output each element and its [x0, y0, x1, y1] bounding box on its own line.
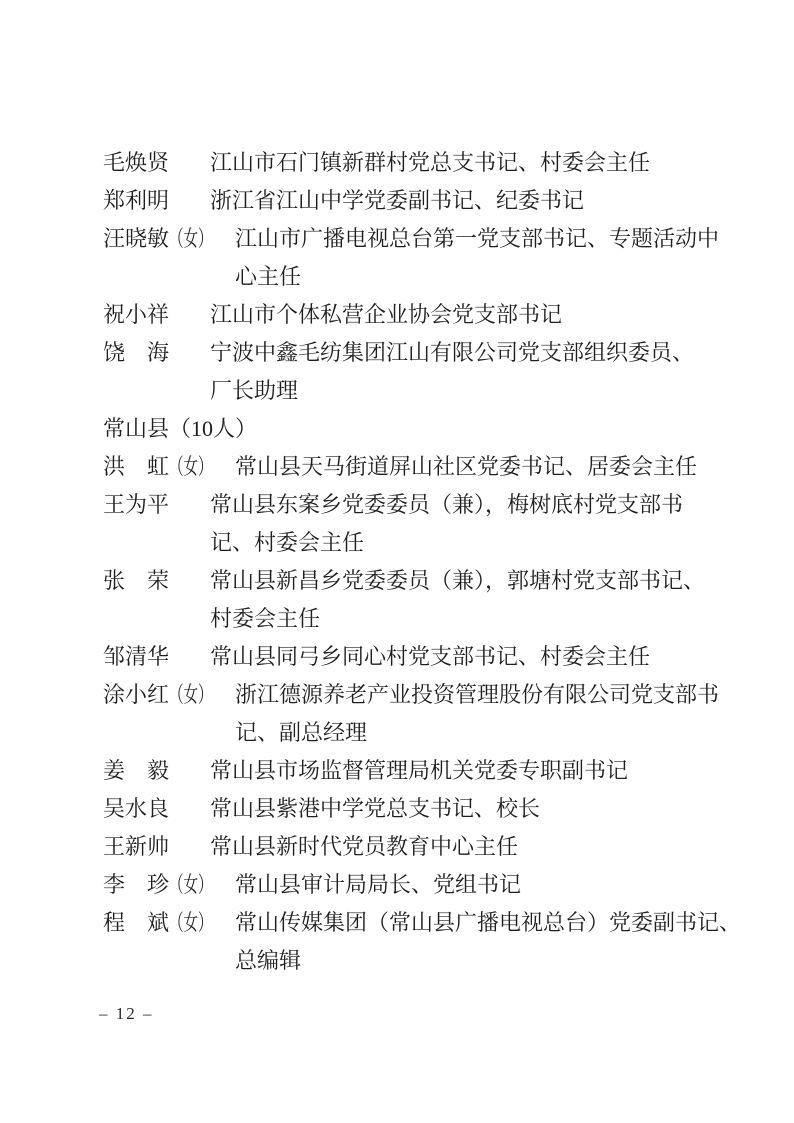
entry-position: 浙江德源养老产业投资管理股份有限公司党支部书 记、副总经理: [235, 676, 743, 752]
roster-entry: 饶 海 宁波中鑫毛纺集团江山有限公司党支部组织委员、 厂长助理: [103, 334, 743, 410]
roster-entry: 涂小红（女） 浙江德源养老产业投资管理股份有限公司党支部书 记、副总经理: [103, 676, 743, 752]
entry-name-text: 毛焕贤: [103, 150, 169, 175]
section-header-changshan: 常山县（10人）: [103, 410, 743, 448]
entry-name: 王新帅: [103, 828, 210, 866]
entry-position: 常山县新昌乡党委委员（兼），郭塘村党支部书记、 村委会主任: [210, 562, 743, 638]
entry-position: 常山县天马街道屏山社区党委书记、居委会主任: [235, 448, 743, 486]
roster-entry: 吴水良 常山县紫港中学党总支书记、校长: [103, 790, 743, 828]
entry-position: 常山县市场监督管理局机关党委专职副书记: [210, 752, 743, 790]
entry-position: 宁波中鑫毛纺集团江山有限公司党支部组织委员、 厂长助理: [210, 334, 743, 410]
entry-name: 姜 毅: [103, 752, 210, 790]
entry-name: 邹清华: [103, 638, 210, 676]
entry-name-text: 王新帅: [103, 834, 169, 859]
entry-position: 江山市石门镇新群村党总支书记、村委会主任: [210, 144, 743, 182]
entry-gender-suffix: （女）: [169, 448, 213, 486]
entry-gender-suffix: （女）: [169, 676, 213, 714]
entry-name: 毛焕贤: [103, 144, 210, 182]
roster-entry: 张 荣 常山县新昌乡党委委员（兼），郭塘村党支部书记、 村委会主任: [103, 562, 743, 638]
entry-name: 汪晓敏（女）: [103, 220, 235, 258]
entry-position: 江山市个体私营企业协会党支部书记: [210, 296, 743, 334]
entry-name: 王为平: [103, 486, 210, 524]
roster-entry: 程 斌（女） 常山传媒集团（常山县广播电视总台）党委副书记、 总编辑: [103, 904, 743, 980]
entry-name-text: 张 荣: [103, 568, 169, 593]
entry-name-text: 吴水良: [103, 796, 169, 821]
entry-position: 常山县审计局局长、党组书记: [235, 866, 743, 904]
entry-name-text: 邹清华: [103, 644, 169, 669]
roster-entry: 李 珍（女） 常山县审计局局长、党组书记: [103, 866, 743, 904]
entry-name-text: 涂小红: [103, 682, 169, 707]
entry-name-text: 郑利明: [103, 188, 169, 213]
entry-name: 张 荣: [103, 562, 210, 600]
roster-entry: 洪 虹（女） 常山县天马街道屏山社区党委书记、居委会主任: [103, 448, 743, 486]
entry-position: 常山县新时代党员教育中心主任: [210, 828, 743, 866]
entry-position: 常山县紫港中学党总支书记、校长: [210, 790, 743, 828]
entry-name-text: 姜 毅: [103, 758, 169, 783]
entry-name-text: 程 斌: [103, 910, 169, 935]
roster-entry: 毛焕贤 江山市石门镇新群村党总支书记、村委会主任: [103, 144, 743, 182]
page-number: – 12 –: [99, 1003, 154, 1025]
entry-name-text: 祝小祥: [103, 302, 169, 327]
entry-position: 常山县同弓乡同心村党支部书记、村委会主任: [210, 638, 743, 676]
entry-name-text: 饶 海: [103, 340, 169, 365]
document-page: 毛焕贤 江山市石门镇新群村党总支书记、村委会主任 郑利明 浙江省江山中学党委副书…: [0, 0, 794, 1123]
entry-position: 浙江省江山中学党委副书记、纪委书记: [210, 182, 743, 220]
roster-entry: 汪晓敏（女） 江山市广播电视总台第一党支部书记、专题活动中 心主任: [103, 220, 743, 296]
entry-name-text: 汪晓敏: [103, 226, 169, 251]
roster-entry: 郑利明 浙江省江山中学党委副书记、纪委书记: [103, 182, 743, 220]
roster-entry: 祝小祥 江山市个体私营企业协会党支部书记: [103, 296, 743, 334]
entry-gender-suffix: （女）: [169, 904, 213, 942]
entry-name: 李 珍（女）: [103, 866, 235, 904]
entry-name-text: 李 珍: [103, 872, 169, 897]
entry-gender-suffix: （女）: [169, 866, 213, 904]
entry-name: 郑利明: [103, 182, 210, 220]
roster-entry: 王为平 常山县东案乡党委委员（兼），梅树底村党支部书 记、村委会主任: [103, 486, 743, 562]
entry-name-text: 王为平: [103, 492, 169, 517]
entry-position: 常山县东案乡党委委员（兼），梅树底村党支部书 记、村委会主任: [210, 486, 743, 562]
entry-position: 江山市广播电视总台第一党支部书记、专题活动中 心主任: [235, 220, 743, 296]
entry-position: 常山传媒集团（常山县广播电视总台）党委副书记、 总编辑: [235, 904, 743, 980]
entry-name: 程 斌（女）: [103, 904, 235, 942]
entry-name: 涂小红（女）: [103, 676, 235, 714]
entry-name-text: 洪 虹: [103, 454, 169, 479]
roster-entry: 邹清华 常山县同弓乡同心村党支部书记、村委会主任: [103, 638, 743, 676]
roster-entry: 王新帅 常山县新时代党员教育中心主任: [103, 828, 743, 866]
entry-name: 吴水良: [103, 790, 210, 828]
entry-name: 祝小祥: [103, 296, 210, 334]
roster-list: 毛焕贤 江山市石门镇新群村党总支书记、村委会主任 郑利明 浙江省江山中学党委副书…: [103, 144, 743, 980]
roster-entry: 姜 毅 常山县市场监督管理局机关党委专职副书记: [103, 752, 743, 790]
entry-name: 洪 虹（女）: [103, 448, 235, 486]
entry-gender-suffix: （女）: [169, 220, 213, 258]
entry-name: 饶 海: [103, 334, 210, 372]
